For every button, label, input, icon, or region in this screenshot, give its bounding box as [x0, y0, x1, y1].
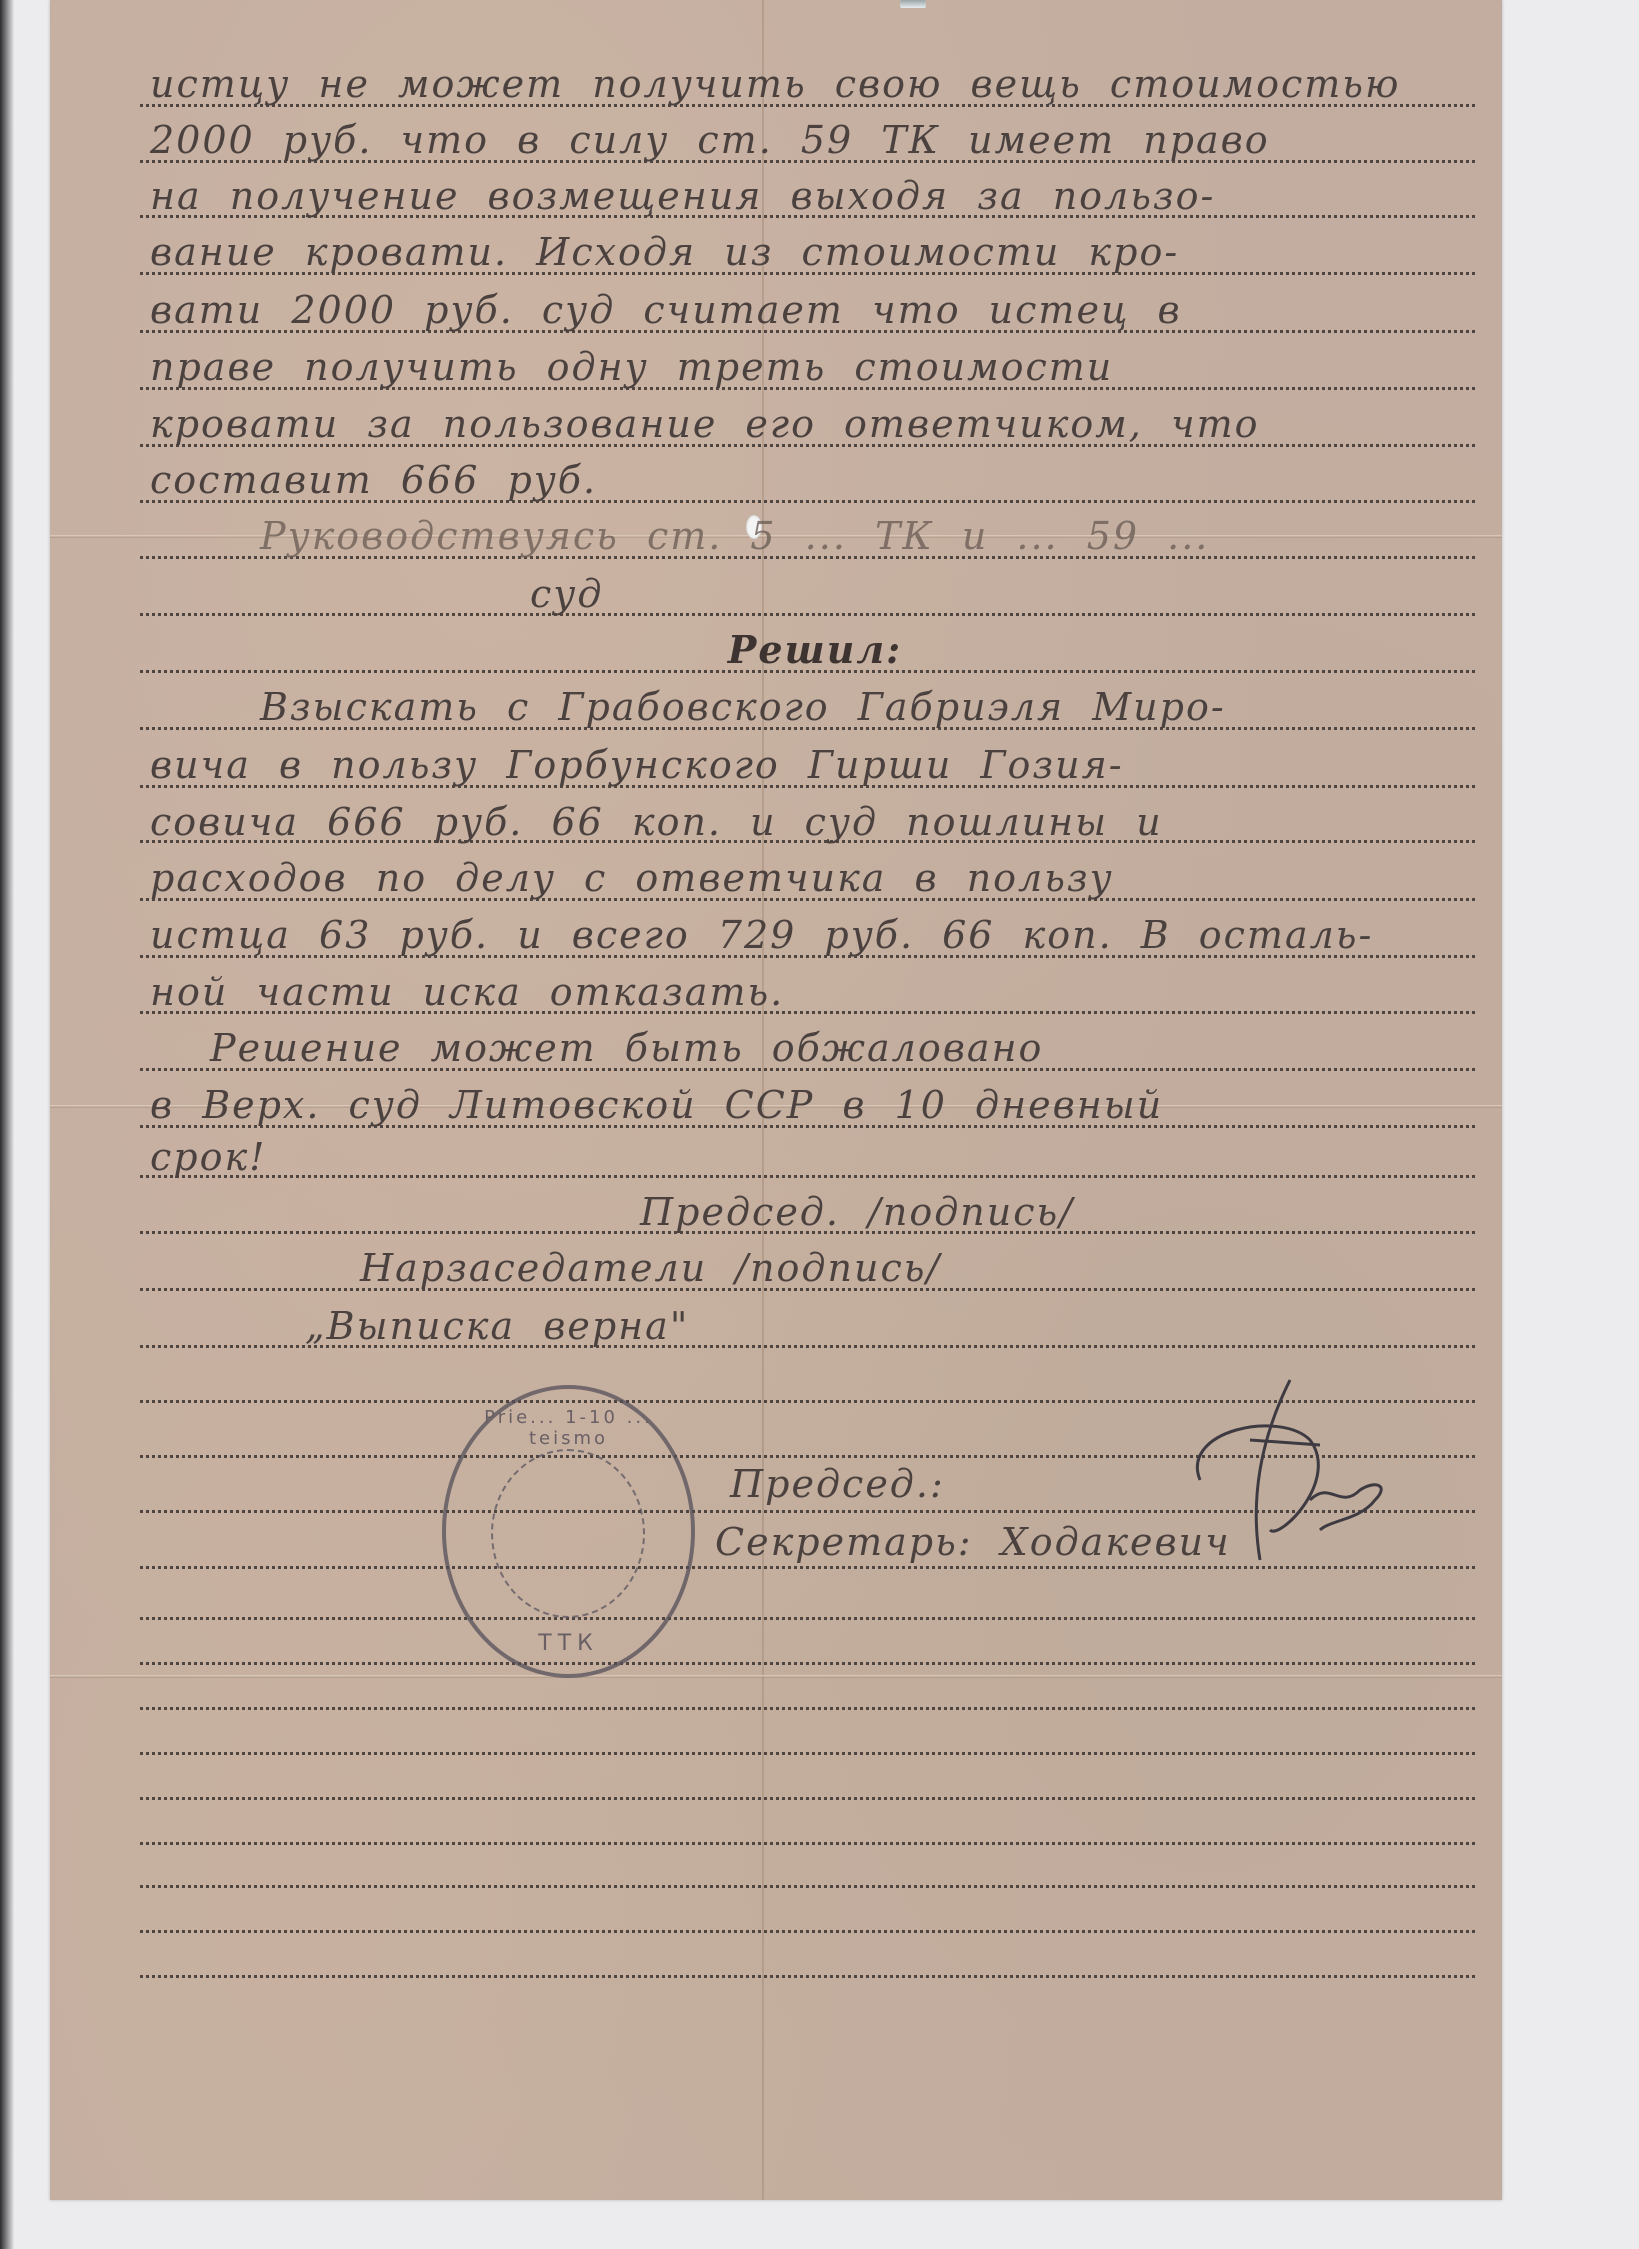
ruled-line [140, 1707, 1475, 1710]
ruled-line [140, 1797, 1475, 1800]
staple-mark [900, 0, 926, 8]
body-line-legal-reference: Руководствуясь ст. 5 ... ТК и ... 59 ... [150, 514, 1590, 558]
body-line: 2000 руб. что в силу ст. 59 ТК имеет пра… [150, 118, 1480, 162]
horizontal-fold-crease [50, 1675, 1502, 1678]
attestation-chair-label: Председ.: [150, 1462, 1639, 1506]
ruled-line [140, 1752, 1475, 1755]
decision-line: совича 666 руб. 66 коп. и суд пошлины и [150, 800, 1480, 844]
signature-icon [1160, 1370, 1400, 1570]
certified-copy-note: „Выписка верна" [150, 1304, 1635, 1348]
body-line: истцу не может получить свою вещь стоимо… [150, 62, 1480, 106]
chair-signature-line: Председ. /подпись/ [150, 1190, 1639, 1234]
appeal-line: срок! [150, 1135, 1480, 1179]
body-line: составит 666 руб. [150, 458, 1480, 502]
body-line: вати 2000 руб. суд считает что истец в [150, 288, 1480, 332]
body-line-court: суд [150, 572, 1639, 616]
document-page: истцу не может получить свою вещь стоимо… [50, 0, 1502, 2200]
decision-line: ной части иска отказать. [150, 970, 1480, 1014]
decision-line: истца 63 руб. и всего 729 руб. 66 коп. В… [150, 913, 1480, 957]
body-line: кровати за пользование его ответчиком, ч… [150, 402, 1480, 446]
decision-line: Взыскать с Грабовского Габриэля Миро- [150, 685, 1590, 729]
ruled-line [140, 1662, 1475, 1665]
ruled-line [140, 1617, 1475, 1620]
appeal-line: Решение может быть обжаловано [150, 1026, 1540, 1070]
scan-edge [0, 0, 14, 2249]
official-stamp: Prie... 1-10 ... teismo ТТК [442, 1385, 695, 1678]
ruled-line [140, 1975, 1475, 1978]
stamp-text-bottom: ТТК [446, 1631, 691, 1656]
decision-header: Решил: [150, 628, 1480, 672]
stamp-emblem [491, 1449, 645, 1618]
body-line: вание кровати. Исходя из стоимости кро- [150, 230, 1480, 274]
decision-line: вича в пользу Горбунского Гирши Гозия- [150, 743, 1480, 787]
appeal-line: в Верх. суд Литовской ССР в 10 дневный [150, 1083, 1480, 1127]
secretary-label: Секретарь: [715, 1520, 973, 1564]
body-line: на получение возмещения выходя за пользо… [150, 174, 1480, 218]
ruled-line [140, 1842, 1475, 1845]
attestation-secretary-label: Секретарь: Ходакевич [150, 1520, 1639, 1564]
ruled-line [140, 1885, 1475, 1888]
decision-line: расходов по делу с ответчика в пользу [150, 856, 1480, 900]
chair-signature-scrawl [1160, 1370, 1400, 1586]
body-line: праве получить одну треть стоимости [150, 345, 1480, 389]
stamp-text-top: Prie... 1-10 ... teismo [446, 1407, 691, 1449]
ruled-line [140, 1930, 1475, 1933]
assessors-signature-line: Нарзаседатели /подпись/ [150, 1246, 1639, 1290]
